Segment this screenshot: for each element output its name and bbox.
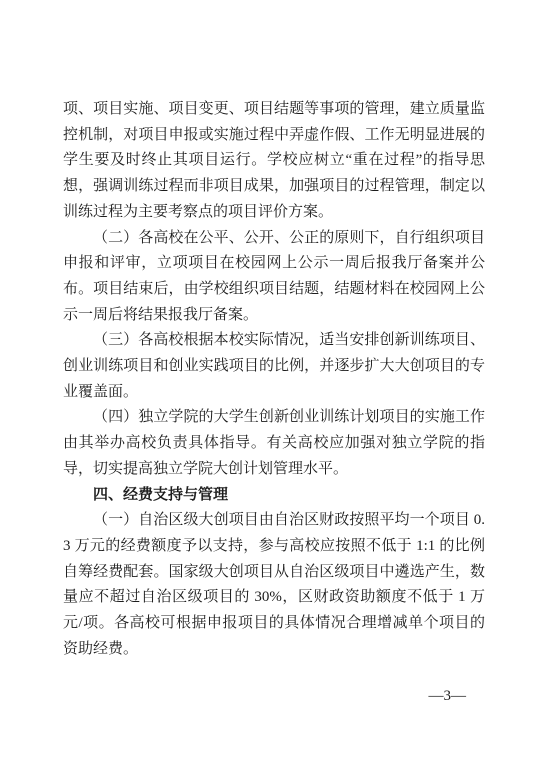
paragraph-item-4: （四）独立学院的大学生创新创业训练计划项目的实施工作由其举办高校负责具体指导。有… <box>63 405 485 482</box>
document-body: 项、项目实施、项目变更、项目结题等事项的管理，建立质量监控机制，对项目申报或实施… <box>63 97 485 662</box>
paragraph-funding: （一）自治区级大创项目由自治区财政按照平均一个项目 0.3 万元的经费额度予以支… <box>63 508 485 662</box>
paragraph-item-3: （三）各高校根据本校实际情况，适当安排创新训练项目、创业训练项目和创业实践项目的… <box>63 328 485 405</box>
document-page: 项、项目实施、项目变更、项目结题等事项的管理，建立质量监控机制，对项目申报或实施… <box>0 0 546 772</box>
paragraph-continuation: 项、项目实施、项目变更、项目结题等事项的管理，建立质量监控机制，对项目申报或实施… <box>63 97 485 226</box>
page-number: —3— <box>429 688 467 704</box>
section-heading: 四、经费支持与管理 <box>63 483 485 509</box>
paragraph-item-2: （二）各高校在公平、公开、公正的原则下，自行组织项目申报和评审，立项项目在校园网… <box>63 226 485 329</box>
